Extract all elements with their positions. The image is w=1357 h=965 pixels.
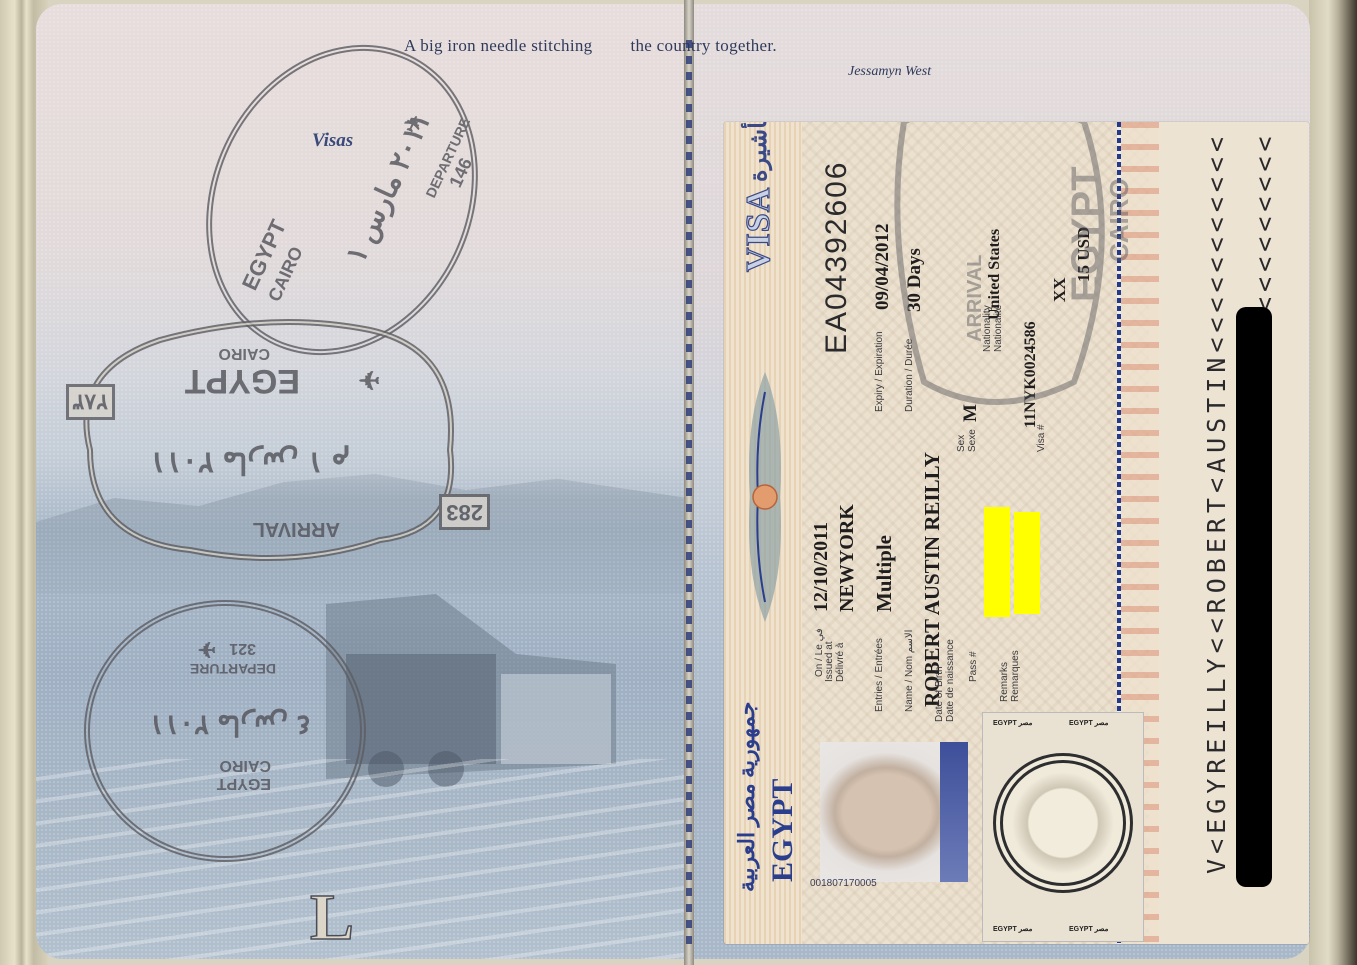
photo-serial: 001807170005 xyxy=(810,878,877,889)
arrival-stamp: ARRIVAL ٢٠١١ مارس ١ م EGYPT CAIRO 283 ٢٨… xyxy=(50,300,490,590)
spine-stitching xyxy=(686,40,692,950)
winged-disc-emblem xyxy=(740,362,790,632)
page-edges-right xyxy=(1309,0,1357,965)
departure-stamp-2: EGYPT CAIRO ٢٠١١ مارس ٤ DEPARTURE 321 ✈ xyxy=(84,600,366,862)
mrz-line-2: <<<<<<<<< xyxy=(1250,132,1279,312)
entries: Multiple xyxy=(872,535,897,612)
country-name-arabic: جمهورية مصر العربية xyxy=(734,702,760,893)
passport-spread: A big iron needle stitchingthe country t… xyxy=(0,0,1357,965)
visa-number: EA04392606 xyxy=(820,161,854,355)
arrival-stamp-on-visa: EGYPT CAIRO ARRIVAL xyxy=(874,122,1134,422)
visa-header: VISA xyxy=(740,187,778,272)
quote-author: Jessamyn West xyxy=(848,64,931,80)
date-of-birth-redaction xyxy=(984,507,1010,617)
page-quote: A big iron needle stitchingthe country t… xyxy=(404,36,777,56)
issued-at: NEWYORK xyxy=(836,504,859,612)
visa-header-arabic: تأشيرة xyxy=(744,122,773,182)
mrz-redaction xyxy=(1236,307,1272,887)
holder-photo xyxy=(820,742,968,882)
egypt-visa-sticker: VISA تأشيرة EGYPT جمهورية مصر العربية 00… xyxy=(724,122,1309,944)
plane-icon: ✈ xyxy=(198,636,216,662)
page-letter: L xyxy=(310,880,354,956)
issue-date: 12/10/2011 xyxy=(810,522,833,612)
mrz-line-1: V<EGYREILLY<<ROBERT<AUSTIN<<<<<<<<<<< xyxy=(1202,132,1231,874)
eagle-emblem xyxy=(993,753,1133,893)
passport-number-redaction xyxy=(1014,512,1040,614)
country-name: EGYPT xyxy=(766,779,800,882)
plane-icon: ✈ xyxy=(358,364,380,395)
security-seal: EGYPT مصر EGYPT مصر EGYPT مصر EGYPT مصر xyxy=(982,712,1144,942)
